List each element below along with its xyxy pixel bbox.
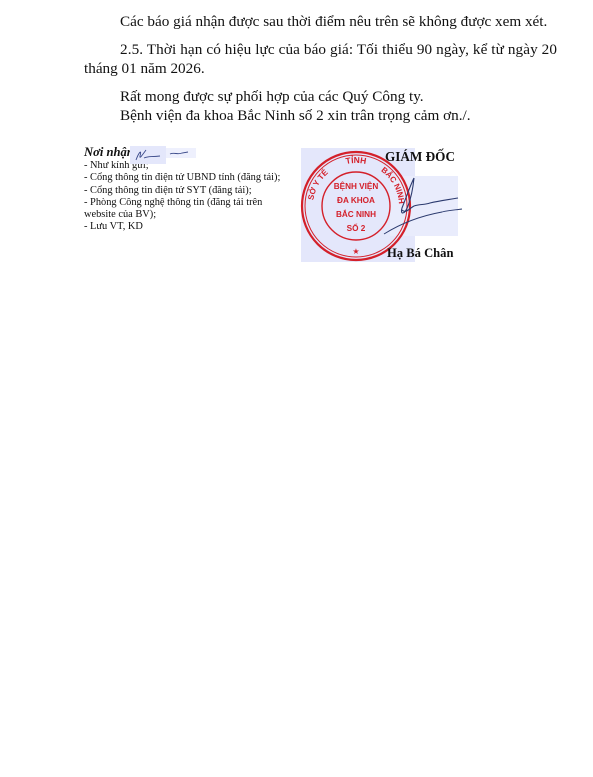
- initial-signature-icon: [130, 146, 196, 164]
- recipient-line: - Cổng thông tin điện tử SYT (đăng tải);: [84, 185, 294, 197]
- stamp-center-line: BẮC NINH: [336, 209, 376, 219]
- recipient-line: - Cổng thông tin điện tử UBND tỉnh (đăng…: [84, 172, 294, 184]
- document-page: Các báo giá nhận được sau thời điểm nêu …: [0, 0, 593, 777]
- paragraph-cooperation: Rất mong được sự phối hợp của các Quý Cô…: [84, 87, 536, 106]
- paragraph-late-quotes: Các báo giá nhận được sau thời điểm nêu …: [84, 12, 536, 31]
- stamp-star-icon: ★: [352, 247, 359, 256]
- signer-name: Hạ Bá Chân: [387, 246, 454, 261]
- recipient-line: - Phòng Công nghệ thông tin (đăng tải tr…: [84, 197, 294, 209]
- stamp-center-line: SỐ 2: [347, 222, 366, 233]
- director-signature-icon: [380, 170, 470, 240]
- recipient-line: - Lưu VT, KD: [84, 221, 294, 233]
- svg-text:TỈNH: TỈNH: [345, 154, 367, 166]
- paragraph-validity-line1: 2.5. Thời hạn có hiệu lực của báo giá: T…: [84, 40, 536, 59]
- recipient-line: website của BV);: [84, 209, 294, 221]
- stamp-center-line: ĐA KHOA: [337, 196, 375, 205]
- stamp-ring-top: TỈNH: [345, 154, 367, 166]
- paragraph-thanks: Bệnh viện đa khoa Bắc Ninh số 2 xin trân…: [84, 106, 536, 125]
- stamp-center-line: BỆNH VIỆN: [334, 180, 379, 191]
- paragraph-validity-line2: tháng 01 năm 2026.: [84, 59, 536, 78]
